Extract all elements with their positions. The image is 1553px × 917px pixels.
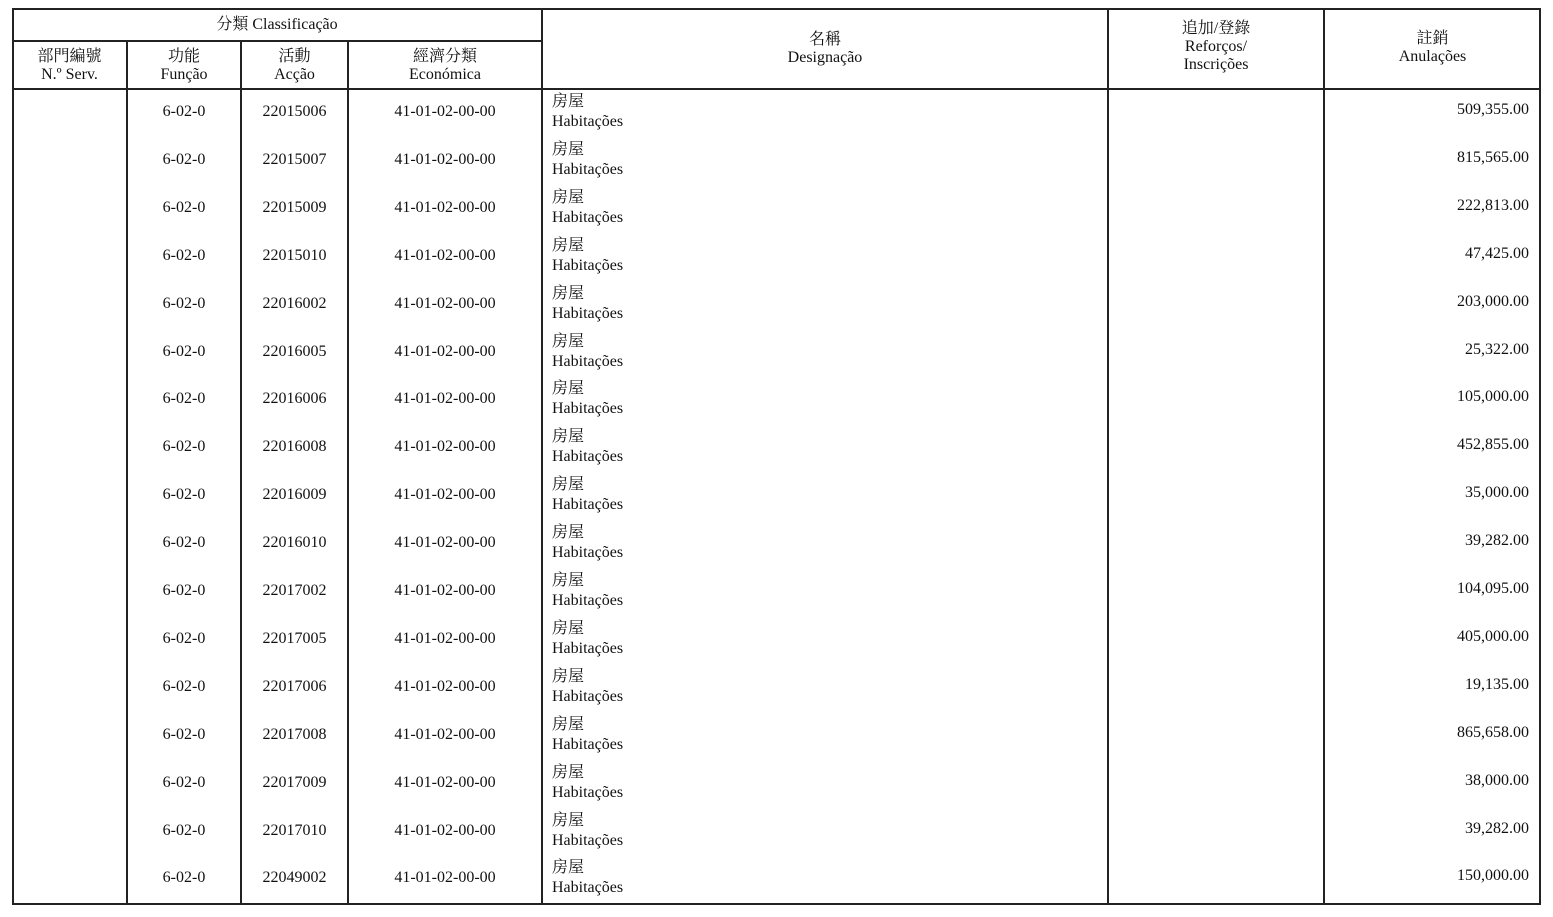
cell-economica: 41-01-02-00-00 xyxy=(348,678,542,696)
cell-funcao: 6-02-0 xyxy=(127,726,241,744)
cell-anulacoes: 105,000.00 xyxy=(1324,388,1529,406)
cell-funcao: 6-02-0 xyxy=(127,869,241,887)
cell-designacao-zh: 房屋 xyxy=(552,428,584,446)
cell-funcao: 6-02-0 xyxy=(127,390,241,408)
cell-economica: 41-01-02-00-00 xyxy=(348,822,542,840)
header-serv: 部門編號 N.º Serv. xyxy=(12,48,127,84)
cell-economica: 41-01-02-00-00 xyxy=(348,295,542,313)
cell-designacao-pt: Habitações xyxy=(552,688,623,706)
header-anulacoes: 註銷 Anulações xyxy=(1324,30,1541,66)
cell-accao: 22015007 xyxy=(241,151,348,169)
cell-designacao-zh: 房屋 xyxy=(552,333,584,351)
cell-funcao: 6-02-0 xyxy=(127,151,241,169)
cell-designacao-zh: 房屋 xyxy=(552,189,584,207)
cell-economica: 41-01-02-00-00 xyxy=(348,151,542,169)
cell-designacao-zh: 房屋 xyxy=(552,572,584,590)
cell-economica: 41-01-02-00-00 xyxy=(348,103,542,121)
cell-funcao: 6-02-0 xyxy=(127,582,241,600)
cell-designacao-pt: Habitações xyxy=(552,592,623,610)
header-funcao-pt: Função xyxy=(127,66,241,84)
cell-designacao-zh: 房屋 xyxy=(552,764,584,782)
cell-anulacoes: 150,000.00 xyxy=(1324,867,1529,885)
header-accao: 活動 Acção xyxy=(241,48,348,84)
cell-funcao: 6-02-0 xyxy=(127,199,241,217)
cell-accao: 22017006 xyxy=(241,678,348,696)
cell-anulacoes: 104,095.00 xyxy=(1324,580,1529,598)
cell-designacao-zh: 房屋 xyxy=(552,476,584,494)
col-divider xyxy=(1107,8,1109,905)
cell-anulacoes: 865,658.00 xyxy=(1324,724,1529,742)
cell-economica: 41-01-02-00-00 xyxy=(348,869,542,887)
cell-designacao-pt: Habitações xyxy=(552,496,623,514)
cell-funcao: 6-02-0 xyxy=(127,774,241,792)
cell-accao: 22016002 xyxy=(241,295,348,313)
cell-economica: 41-01-02-00-00 xyxy=(348,630,542,648)
header-funcao-zh: 功能 xyxy=(127,48,241,66)
header-divider-classification xyxy=(12,40,542,42)
header-anulacoes-pt: Anulações xyxy=(1324,48,1541,66)
header-serv-pt: N.º Serv. xyxy=(12,66,127,84)
cell-designacao-zh: 房屋 xyxy=(552,524,584,542)
cell-economica: 41-01-02-00-00 xyxy=(348,534,542,552)
cell-accao: 22049002 xyxy=(241,869,348,887)
cell-accao: 22016006 xyxy=(241,390,348,408)
cell-anulacoes: 25,322.00 xyxy=(1324,341,1529,359)
cell-funcao: 6-02-0 xyxy=(127,438,241,456)
cell-economica: 41-01-02-00-00 xyxy=(348,774,542,792)
cell-anulacoes: 509,355.00 xyxy=(1324,101,1529,119)
cell-designacao-zh: 房屋 xyxy=(552,380,584,398)
header-serv-zh: 部門編號 xyxy=(12,48,127,66)
header-reforcos: 追加/登錄 Reforços/ Inscrições xyxy=(1108,20,1324,74)
cell-accao: 22017008 xyxy=(241,726,348,744)
cell-accao: 22017010 xyxy=(241,822,348,840)
cell-funcao: 6-02-0 xyxy=(127,630,241,648)
cell-economica: 41-01-02-00-00 xyxy=(348,390,542,408)
cell-economica: 41-01-02-00-00 xyxy=(348,726,542,744)
header-accao-pt: Acção xyxy=(241,66,348,84)
cell-economica: 41-01-02-00-00 xyxy=(348,486,542,504)
cell-designacao-zh: 房屋 xyxy=(552,620,584,638)
cell-accao: 22016005 xyxy=(241,343,348,361)
header-accao-zh: 活動 xyxy=(241,48,348,66)
header-designacao: 名稱 Designação xyxy=(542,31,1108,67)
cell-accao: 22017002 xyxy=(241,582,348,600)
header-economica: 經濟分類 Económica xyxy=(348,48,542,84)
cell-designacao-pt: Habitações xyxy=(552,113,623,131)
cell-designacao-zh: 房屋 xyxy=(552,237,584,255)
cell-anulacoes: 19,135.00 xyxy=(1324,676,1529,694)
cell-accao: 22017009 xyxy=(241,774,348,792)
cell-designacao-zh: 房屋 xyxy=(552,668,584,686)
cell-designacao-pt: Habitações xyxy=(552,353,623,371)
cell-designacao-pt: Habitações xyxy=(552,879,623,897)
cell-designacao-pt: Habitações xyxy=(552,161,623,179)
cell-funcao: 6-02-0 xyxy=(127,343,241,361)
cell-anulacoes: 47,425.00 xyxy=(1324,245,1529,263)
cell-anulacoes: 203,000.00 xyxy=(1324,293,1529,311)
header-funcao: 功能 Função xyxy=(127,48,241,84)
cell-accao: 22016009 xyxy=(241,486,348,504)
cell-funcao: 6-02-0 xyxy=(127,822,241,840)
cell-accao: 22017005 xyxy=(241,630,348,648)
cell-funcao: 6-02-0 xyxy=(127,247,241,265)
cell-designacao-zh: 房屋 xyxy=(552,812,584,830)
header-reforcos-pt: Reforços/ Inscrições xyxy=(1176,38,1256,74)
cell-anulacoes: 405,000.00 xyxy=(1324,628,1529,646)
header-economica-pt: Económica xyxy=(348,66,542,84)
cell-funcao: 6-02-0 xyxy=(127,103,241,121)
cell-funcao: 6-02-0 xyxy=(127,678,241,696)
cell-accao: 22015006 xyxy=(241,103,348,121)
cell-accao: 22015010 xyxy=(241,247,348,265)
cell-designacao-zh: 房屋 xyxy=(552,141,584,159)
cell-designacao-pt: Habitações xyxy=(552,832,623,850)
cell-designacao-pt: Habitações xyxy=(552,400,623,418)
cell-designacao-zh: 房屋 xyxy=(552,285,584,303)
cell-anulacoes: 39,282.00 xyxy=(1324,532,1529,550)
cell-accao: 22016010 xyxy=(241,534,348,552)
cell-anulacoes: 35,000.00 xyxy=(1324,484,1529,502)
cell-anulacoes: 222,813.00 xyxy=(1324,197,1529,215)
header-designacao-zh: 名稱 xyxy=(542,31,1108,49)
header-designacao-pt: Designação xyxy=(542,49,1108,67)
cell-designacao-pt: Habitações xyxy=(552,448,623,466)
cell-economica: 41-01-02-00-00 xyxy=(348,438,542,456)
header-anulacoes-zh: 註銷 xyxy=(1324,30,1541,48)
cell-designacao-pt: Habitações xyxy=(552,784,623,802)
cell-designacao-zh: 房屋 xyxy=(552,859,584,877)
cell-funcao: 6-02-0 xyxy=(127,486,241,504)
cell-designacao-zh: 房屋 xyxy=(552,93,584,111)
cell-designacao-zh: 房屋 xyxy=(552,716,584,734)
header-reforcos-zh: 追加/登錄 xyxy=(1108,20,1324,38)
cell-accao: 22016008 xyxy=(241,438,348,456)
cell-designacao-pt: Habitações xyxy=(552,209,623,227)
cell-funcao: 6-02-0 xyxy=(127,534,241,552)
cell-anulacoes: 815,565.00 xyxy=(1324,149,1529,167)
header-classification: 分類 Classificação xyxy=(12,16,542,34)
cell-economica: 41-01-02-00-00 xyxy=(348,582,542,600)
cell-designacao-pt: Habitações xyxy=(552,640,623,658)
col-divider xyxy=(1323,8,1325,905)
cell-anulacoes: 39,282.00 xyxy=(1324,820,1529,838)
cell-designacao-pt: Habitações xyxy=(552,736,623,754)
col-divider xyxy=(541,8,543,905)
cell-economica: 41-01-02-00-00 xyxy=(348,199,542,217)
cell-designacao-pt: Habitações xyxy=(552,257,623,275)
cell-economica: 41-01-02-00-00 xyxy=(348,247,542,265)
cell-designacao-pt: Habitações xyxy=(552,544,623,562)
cell-designacao-pt: Habitações xyxy=(552,305,623,323)
cell-accao: 22015009 xyxy=(241,199,348,217)
header-economica-zh: 經濟分類 xyxy=(348,48,542,66)
cell-anulacoes: 452,855.00 xyxy=(1324,436,1529,454)
cell-funcao: 6-02-0 xyxy=(127,295,241,313)
cell-anulacoes: 38,000.00 xyxy=(1324,772,1529,790)
cell-economica: 41-01-02-00-00 xyxy=(348,343,542,361)
